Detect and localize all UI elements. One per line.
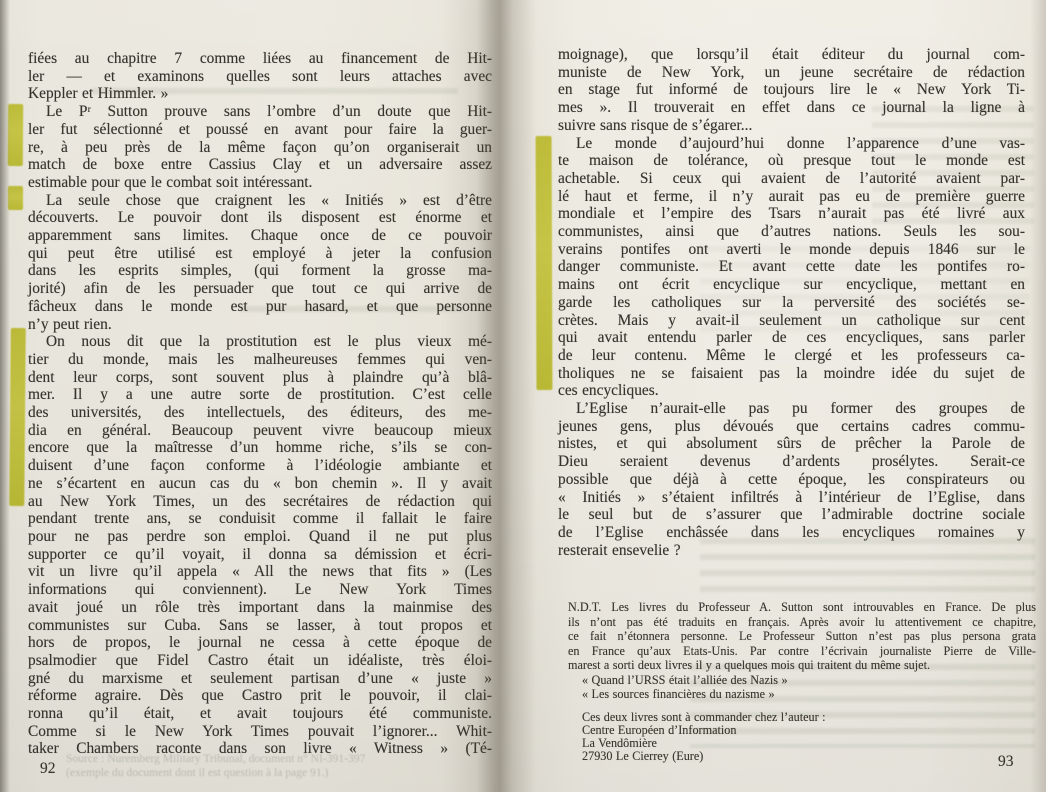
text-line: des universités, des intellectuels, des …	[28, 404, 492, 422]
text-line: match de boxe entre Cassius Clay et un a…	[28, 156, 492, 174]
text-line: encore que la maîtresse d’un homme riche…	[28, 439, 492, 457]
text-line: en stage fut informé de toujours lire le…	[558, 81, 1025, 99]
ghost-line: (exemple du document dont il est questio…	[66, 766, 496, 780]
paragraph: moignage), que lorsqu’il était éditeur d…	[558, 46, 1025, 135]
text-line: dia en général. Beaucoup peuvent vivre b…	[28, 422, 492, 440]
text-line: achetable. Si ceux qui avaient de l’auto…	[558, 170, 1025, 188]
paragraph: N.D.T. Les livres du Professeur A. Sutto…	[568, 600, 1036, 673]
text-line: crètes. Mais y avait-il seulement un cat…	[558, 312, 1025, 330]
paragraph: La seule chose que craignent les « Initi…	[28, 192, 492, 334]
text-line: Le monde d’aujourd’hui donne l’apparence…	[558, 135, 1025, 153]
text-line: qui avait entendu parler de ces encycliq…	[558, 329, 1025, 347]
text-line: pour ne pas perdre son emploi. Quand il …	[28, 528, 492, 546]
text-line: La seule chose que craignent les « Initi…	[28, 192, 492, 210]
text-line: informations qui conviennent). Le New Yo…	[28, 581, 492, 599]
text-line: fâcheux dans le monde est pur hasard, et…	[28, 298, 492, 316]
text-line: communistes, ainsi que d’autres nations.…	[558, 223, 1025, 241]
footnote: N.D.T. Les livres du Professeur A. Sutto…	[568, 600, 1036, 763]
text-line: possible que déjà à cette époque, les co…	[558, 471, 1025, 489]
text-line: réforme agraire. Dès que Castro prit le …	[28, 687, 492, 705]
text-line: mer. Il y a une autre sorte de prostitut…	[28, 386, 492, 404]
text-line: verains pontifes ont averti le monde dep…	[558, 241, 1025, 259]
highlight-mark	[536, 136, 553, 390]
text-line: ils n’ont pas été traduits en français. …	[568, 615, 1036, 630]
text-line: 27930 Le Cierrey (Eure)	[568, 750, 1036, 763]
text-line: hors de propos, le journal ne cessa à ce…	[28, 634, 492, 652]
text-line: re, à peu près de la même façon qu’on or…	[28, 139, 492, 157]
text-line: dent leur corps, sont souvent plus à pla…	[28, 369, 492, 387]
text-line: « Les sources financières du nazisme »	[568, 687, 1036, 702]
text-line: Ces deux livres sont à commander chez l’…	[568, 711, 1036, 724]
text-line: garde les catholiques sur la perversité …	[558, 294, 1025, 312]
ghost-line: Source : Nuremberg Military Tribunal, do…	[66, 752, 496, 766]
text-line: suivre sans risque de s’égarer...	[558, 117, 1025, 135]
text-line: moignage), que lorsqu’il était éditeur d…	[558, 46, 1025, 64]
text-line: ler fut sélectionné et poussé en avant p…	[28, 121, 492, 139]
paragraph: On nous dit que la prostitution est le p…	[28, 333, 492, 758]
text-line: ler — et examinons quelles sont leurs at…	[28, 68, 492, 86]
book-spread: fiées au chapitre 7 comme liées au finan…	[0, 0, 1046, 792]
text-line: vit un livre qu’il appela « All the news…	[28, 563, 492, 581]
text-line: marest a sorti deux livres il y a quelqu…	[568, 658, 1036, 673]
text-line: qui peut être utilisé est employé à jete…	[28, 245, 492, 263]
paragraph: fiées au chapitre 7 comme liées au finan…	[28, 50, 492, 103]
page-93-text-column: moignage), que lorsqu’il était éditeur d…	[558, 46, 1025, 559]
page-number-92: 92	[40, 760, 56, 778]
highlight-mark	[8, 104, 23, 166]
highlight-mark	[9, 328, 26, 506]
paragraph: Le monde d’aujourd’hui donne l’apparence…	[558, 135, 1025, 401]
text-line: tier du monde, mais les malheureuses fem…	[28, 351, 492, 369]
text-line: ce fait n’étonnera personne. Le Professe…	[568, 629, 1036, 644]
text-line: fiées au chapitre 7 comme liées au finan…	[28, 50, 492, 68]
paragraph: Ces deux livres sont à commander chez l’…	[568, 711, 1036, 764]
page-number-93: 93	[998, 753, 1014, 771]
text-line: mondiale et l’empire des Tsars n’aurait …	[558, 205, 1025, 223]
paragraph: L’Eglise n’aurait-elle pas pu former des…	[558, 400, 1025, 559]
text-line: au New York Times, un des secrétaires de…	[28, 493, 492, 511]
text-line: communistes sur Cuba. Sans se lasser, à …	[28, 617, 492, 635]
text-line: Centre Européen d’Information	[568, 724, 1036, 737]
text-line: découverts. Le pouvoir dont ils disposen…	[28, 209, 492, 227]
text-line: « Initiés » s’étaient infiltrés à l’inté…	[558, 489, 1025, 507]
text-line: en France qu’aux Etats-Unis. Par contre …	[568, 644, 1036, 659]
paragraph: « Quand l’URSS était l’alliée des Nazis …	[568, 673, 1036, 702]
text-line: danger communiste. Et avant cette date l…	[558, 258, 1025, 276]
page-92-text-column: fiées au chapitre 7 comme liées au finan…	[28, 50, 492, 758]
text-line: jorité) afin de les persuader que tout c…	[28, 280, 492, 298]
text-line: Le Pʳ Sutton prouve sans l’ombre d’un do…	[28, 103, 492, 121]
text-line: lé haut et ferme, il n’y aurait pas eu d…	[558, 188, 1025, 206]
text-line: Comme si le New York Times pouvait l’ign…	[28, 723, 492, 741]
text-line: On nous dit que la prostitution est le p…	[28, 333, 492, 351]
text-line: te maison de tolérance, où presque tout …	[558, 152, 1025, 170]
text-line: gné du marxisme et seulement partisan d’…	[28, 670, 492, 688]
text-line: supporter ce qu’il voyait, il donna sa d…	[28, 546, 492, 564]
text-line: de leur contenu. Même le clergé et les p…	[558, 347, 1025, 365]
text-line: nistes, et qui absolument sûrs de prêche…	[558, 435, 1025, 453]
text-line: tholiques ne se faisaient pas la moindre…	[558, 365, 1025, 383]
paragraph: Le Pʳ Sutton prouve sans l’ombre d’un do…	[28, 103, 492, 192]
text-line: le seul but de s’assurer que l’admirable…	[558, 506, 1025, 524]
text-line: muniste de New York, un jeune secrétaire…	[558, 64, 1025, 82]
text-line: pendant trente ans, se conduisit comme i…	[28, 510, 492, 528]
text-line: mains ont écrit encyclique sur encycliqu…	[558, 276, 1025, 294]
highlight-mark	[8, 186, 23, 210]
text-line: L’Eglise n’aurait-elle pas pu former des…	[558, 400, 1025, 418]
text-line: psalmodier que Fidel Castro était un idé…	[28, 652, 492, 670]
text-line: duisent d’une façon conforme à l’idéolog…	[28, 457, 492, 475]
text-line: ne s’écartent en aucun cas du « bon chem…	[28, 475, 492, 493]
text-line: dans les esprits simples, (qui forment l…	[28, 262, 492, 280]
text-line: ronna qu’il était, et avait toujours été…	[28, 705, 492, 723]
text-line: ces encycliques.	[558, 382, 1025, 400]
text-line: avait joué un rôle très important dans l…	[28, 599, 492, 617]
text-line: n’y peut rien.	[28, 316, 492, 334]
text-line: N.D.T. Les livres du Professeur A. Sutto…	[568, 600, 1036, 615]
text-line: Dieu seraient devenus d’ardents prosélyt…	[558, 453, 1025, 471]
text-line: mes ». Il trouverait en effet dans ce jo…	[558, 99, 1025, 117]
text-line: de l’Eglise enchâssée dans les encycliqu…	[558, 524, 1025, 542]
text-line: Keppler et Himmler. »	[28, 85, 492, 103]
text-line: estimable pour que le combat soit intére…	[28, 174, 492, 192]
text-line: apparemment sans limites. Chaque once de…	[28, 227, 492, 245]
text-line: « Quand l’URSS était l’alliée des Nazis …	[568, 673, 1036, 688]
text-line: resterait ensevelie ?	[558, 542, 1025, 560]
text-line: jeunes gens, plus dévoués que certains c…	[558, 418, 1025, 436]
